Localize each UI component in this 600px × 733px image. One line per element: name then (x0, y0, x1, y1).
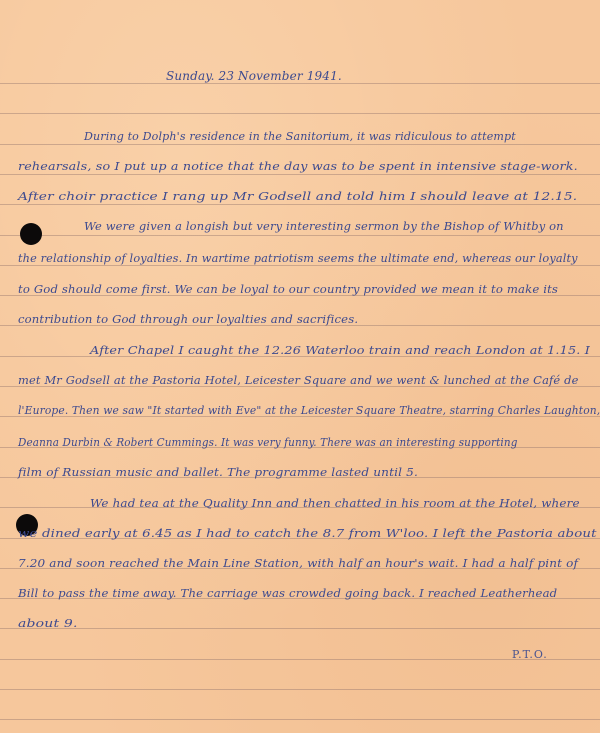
text-line: Bill to pass the time away. The carriage… (18, 587, 557, 600)
text-line: contribution to God through our loyaltie… (18, 313, 358, 326)
text-line: 7.20 and soon reached the Main Line Stat… (18, 557, 578, 570)
ruled-line (0, 235, 600, 236)
ruled-line (0, 719, 600, 720)
ruled-line (0, 265, 600, 266)
text-line: about 9. (18, 617, 78, 630)
text-line: After Chapel I caught the 12.26 Waterloo… (90, 344, 590, 357)
entry-date-title: Sunday. 23 November 1941. (166, 69, 342, 83)
ruled-line (0, 689, 600, 690)
ruled-line (0, 659, 600, 660)
ruled-line (0, 113, 600, 114)
text-line: We were given a longish but very interes… (84, 220, 564, 233)
text-line: Deanna Durbin & Robert Cummings. It was … (18, 436, 518, 449)
ruled-line (0, 628, 600, 629)
text-line: After choir practice I rang up Mr Godsel… (18, 190, 577, 203)
text-line: the relationship of loyalties. In wartim… (18, 252, 578, 265)
text-line: l'Europe. Then we saw "It started with E… (18, 404, 600, 417)
pto-note: P.T.O. (512, 648, 548, 661)
text-line: to God should come first. We can be loya… (18, 283, 558, 296)
text-line: We had tea at the Quality Inn and then c… (90, 497, 580, 510)
text-line: film of Russian music and ballet. The pr… (18, 466, 418, 479)
diary-page: Sunday. 23 November 1941. During to Dolp… (0, 0, 600, 733)
ruled-line (0, 174, 600, 175)
text-line: we dined early at 6.45 as I had to catch… (18, 527, 597, 540)
punch-hole-top (20, 223, 42, 245)
ruled-line (0, 144, 600, 145)
ruled-line (0, 204, 600, 205)
text-line: During to Dolph's residence in the Sanit… (84, 130, 516, 143)
ruled-line (0, 83, 600, 84)
text-line: met Mr Godsell at the Pastoria Hotel, Le… (18, 374, 579, 387)
text-line: rehearsals, so I put up a notice that th… (18, 160, 578, 173)
